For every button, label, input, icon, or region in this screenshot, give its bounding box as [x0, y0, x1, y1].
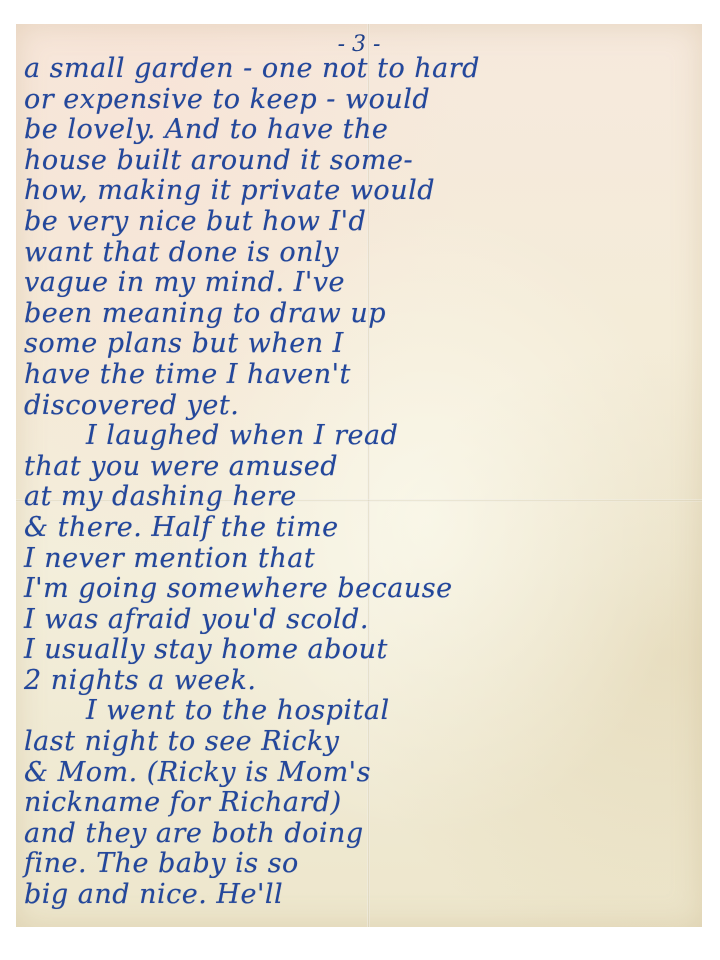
text-line: I'm going somewhere because — [16, 574, 702, 605]
text-line: house built around it some- — [16, 146, 702, 177]
text-line: & there. Half the time — [16, 513, 702, 544]
text-line: vague in my mind. I've — [16, 268, 702, 299]
text-line: nickname for Richard) — [16, 788, 702, 819]
text-line: how, making it private would — [16, 176, 702, 207]
text-line: a small garden - one not to hard — [16, 54, 702, 85]
text-line: at my dashing here — [16, 482, 702, 513]
text-line: I usually stay home about — [16, 635, 702, 666]
text-line: I never mention that — [16, 544, 702, 575]
text-line: some plans but when I — [16, 329, 702, 360]
text-line: be very nice but how I'd — [16, 207, 702, 238]
letter-page: - 3 - a small garden - one not to hard o… — [16, 24, 702, 927]
text-line: discovered yet. — [16, 391, 702, 422]
text-line: have the time I haven't — [16, 360, 702, 391]
text-line: and they are both doing — [16, 819, 702, 850]
text-line: fine. The baby is so — [16, 849, 702, 880]
text-line: & Mom. (Ricky is Mom's — [16, 758, 702, 789]
text-line: last night to see Ricky — [16, 727, 702, 758]
text-line: or expensive to keep - would — [16, 85, 702, 116]
text-line: been meaning to draw up — [16, 299, 702, 330]
paragraph-start-line: I laughed when I read — [16, 421, 702, 452]
text-line: be lovely. And to have the — [16, 115, 702, 146]
paragraph-start-line: I went to the hospital — [16, 696, 702, 727]
text-line: big and nice. He'll — [16, 880, 702, 911]
handwritten-text-body: a small garden - one not to hard or expe… — [16, 54, 702, 911]
text-line: 2 nights a week. — [16, 666, 702, 697]
text-line: want that done is only — [16, 238, 702, 269]
text-line: I was afraid you'd scold. — [16, 605, 702, 636]
text-line: that you were amused — [16, 452, 702, 483]
